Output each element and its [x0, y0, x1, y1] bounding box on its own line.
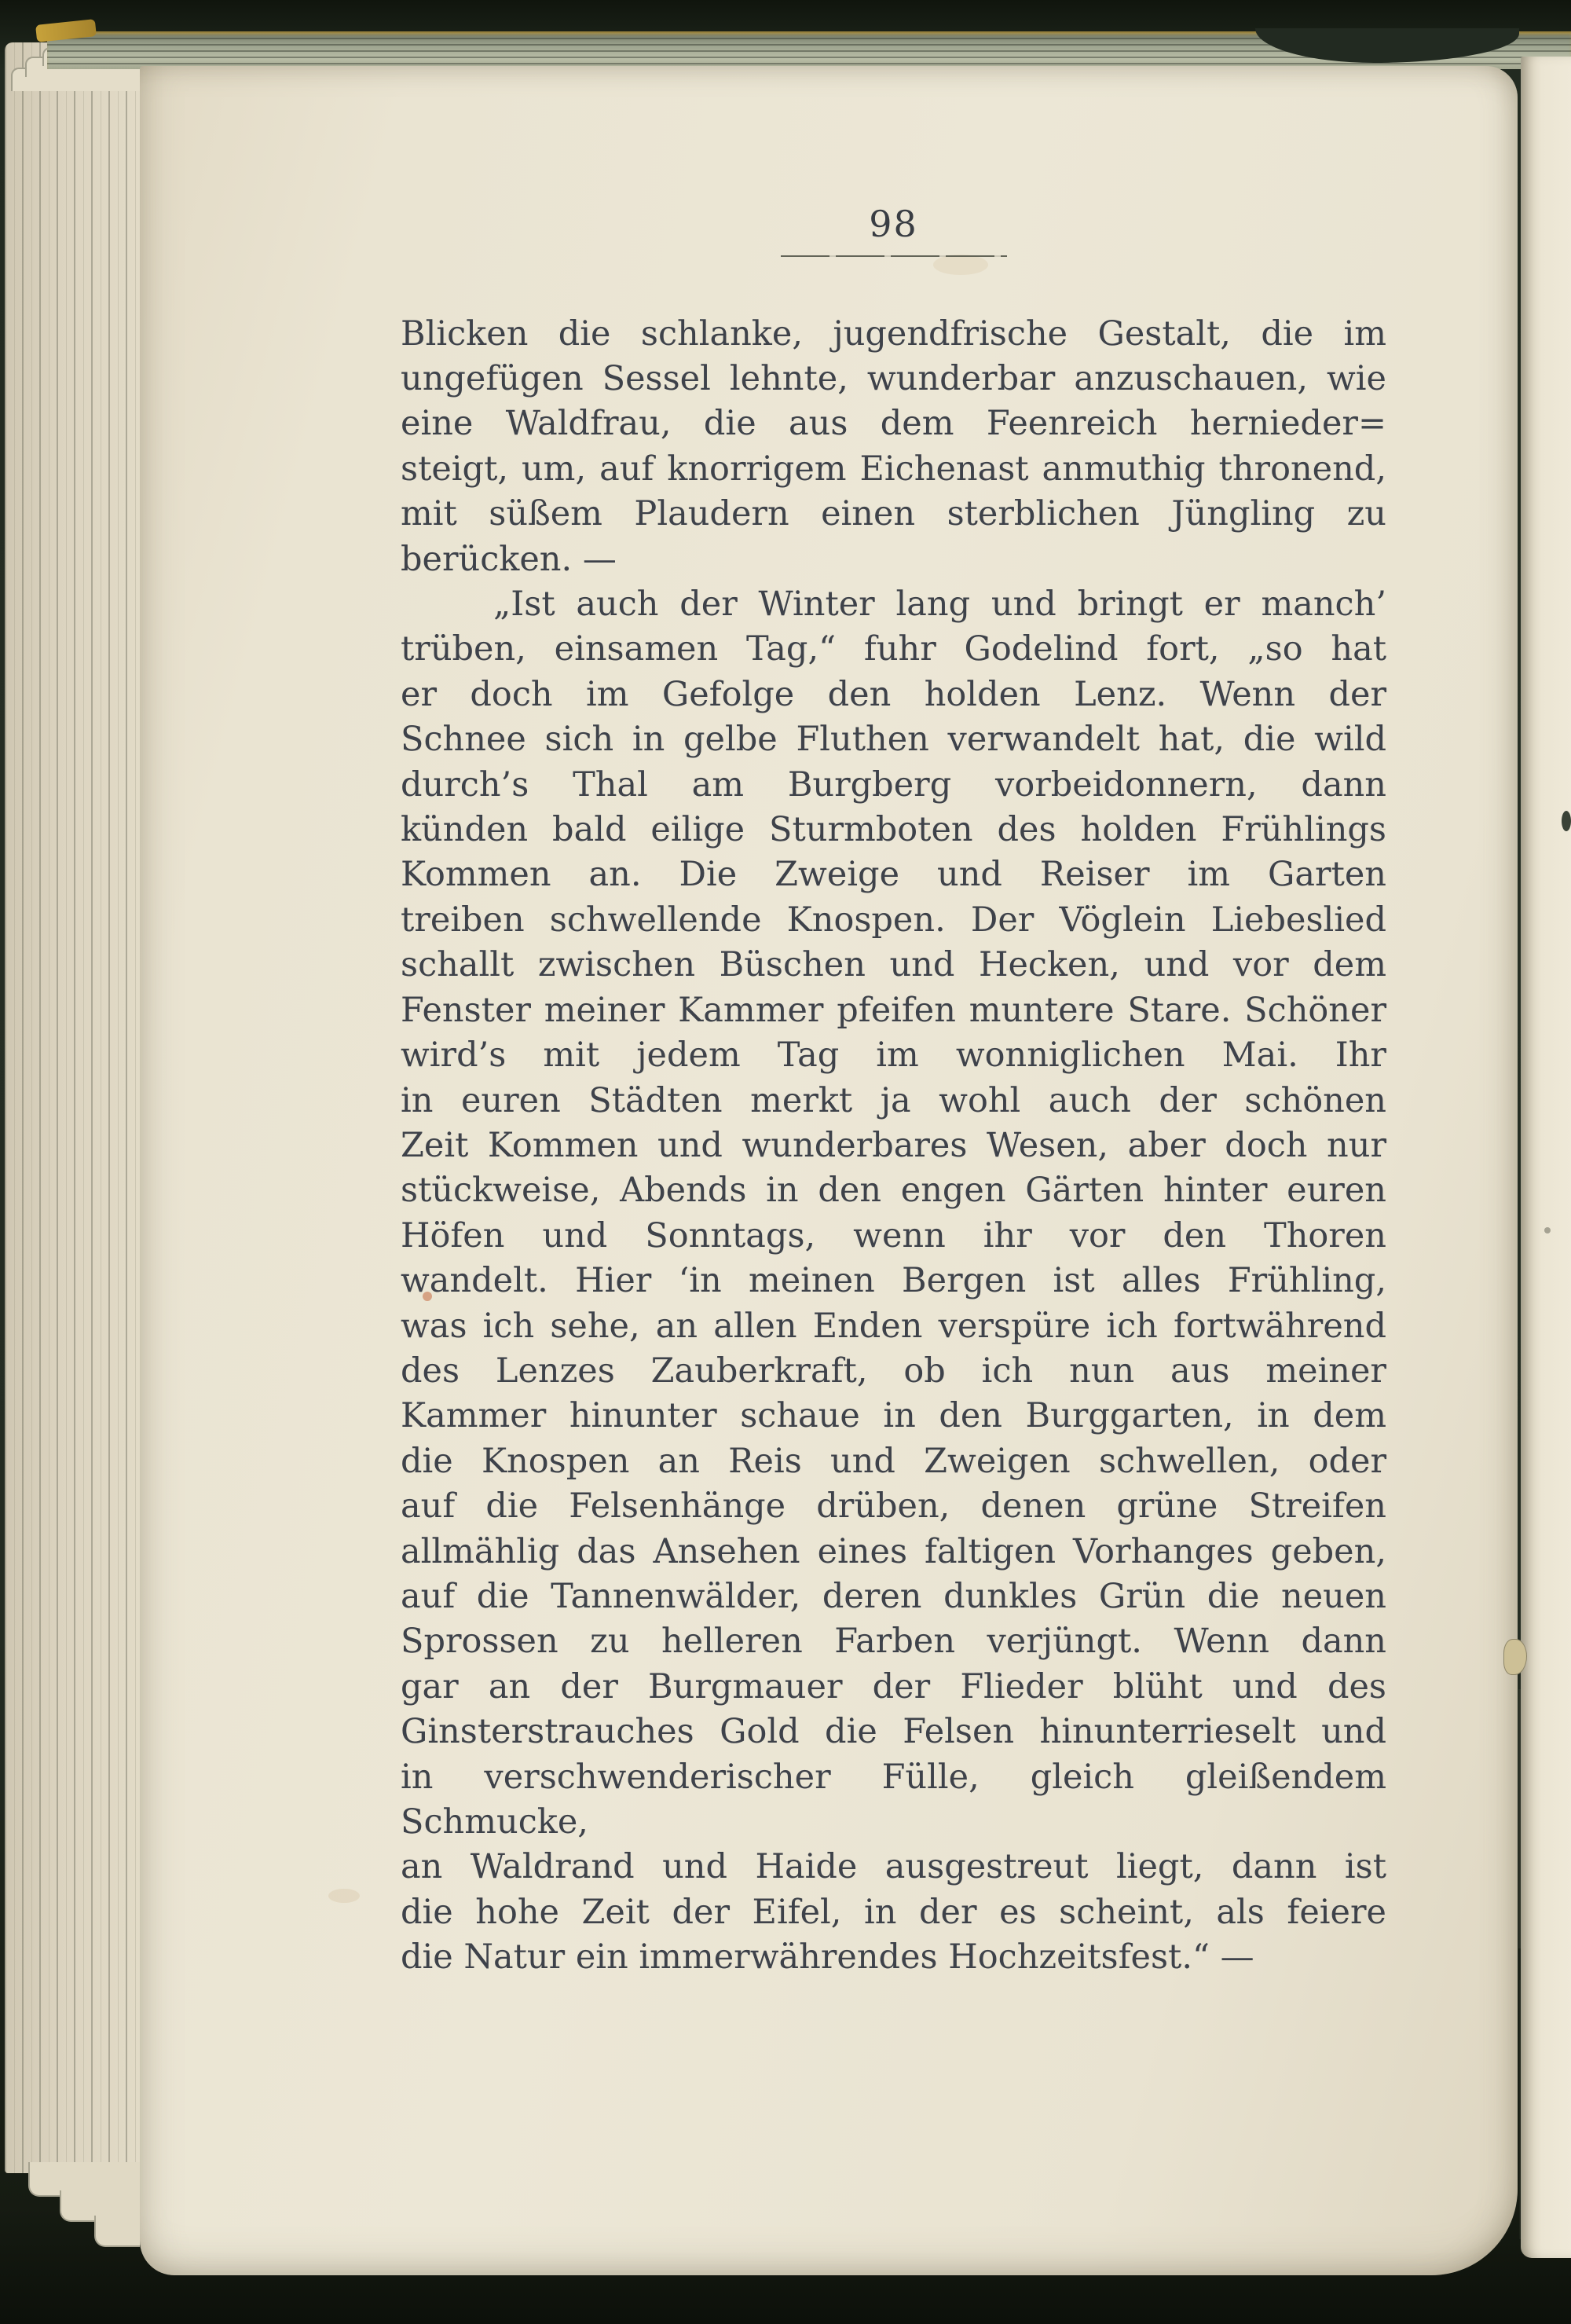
text-line: Ginsterstrauches Gold die Felsen hinunte… — [401, 1710, 1386, 1754]
text-line: ungefügen Sessel lehnte, wunderbar anzus… — [401, 357, 1386, 401]
text-line: an Waldrand und Haide ausgestreut liegt,… — [401, 1845, 1386, 1890]
page-stack-left — [5, 42, 140, 2173]
text-line: was ich sehe, an allen Enden verspüre ic… — [401, 1304, 1386, 1349]
paragraph: Blicken die schlanke, jugendfrische Gest… — [401, 312, 1386, 582]
text-line: gar an der Burgmauer der Flieder blüht u… — [401, 1665, 1386, 1710]
book-scan: { "document": { "page_number": "98", "la… — [0, 0, 1571, 2324]
text-line: steigt, um, auf knorrigem Eichenast anmu… — [401, 447, 1386, 492]
text-line: die Knospen an Reis und Zweigen schwelle… — [401, 1439, 1386, 1484]
text-line: des Lenzes Zauberkraft, ob ich nun aus m… — [401, 1349, 1386, 1394]
text-line: auf die Tannenwälder, deren dunkles Grün… — [401, 1574, 1386, 1619]
next-page-edge — [1521, 57, 1571, 2258]
page-number: 98 — [401, 204, 1386, 244]
text-line: Kammer hinunter schaue in den Burggarten… — [401, 1394, 1386, 1439]
text-line: trüben, einsamen Tag,“ fuhr Godelind for… — [401, 627, 1386, 672]
text-line: wandelt. Hier ‘in meinen Bergen ist alle… — [401, 1259, 1386, 1303]
paragraph: „Ist auch der Winter lang und bringt er … — [401, 582, 1386, 1981]
text-line: durch’s Thal am Burgberg vorbeidonnern, … — [401, 763, 1386, 808]
page-text: Blicken die schlanke, jugendfrische Gest… — [401, 312, 1386, 1981]
text-line: Sprossen zu helleren Farben verjüngt. We… — [401, 1619, 1386, 1664]
paper-stain — [328, 1889, 360, 1903]
edge-speck — [1544, 1227, 1551, 1233]
text-line: mit süßem Plaudern einen sterblichen Jün… — [401, 492, 1386, 537]
text-line: die Natur ein immerwährendes Hochzeitsfe… — [401, 1935, 1386, 1980]
text-line: auf die Felsenhänge drüben, denen grüne … — [401, 1484, 1386, 1529]
text-line: stückweise, Abends in den engen Gärten h… — [401, 1168, 1386, 1213]
text-line: Kommen an. Die Zweige und Reiser im Gart… — [401, 852, 1386, 897]
text-line: künden bald eilige Sturmboten des holden… — [401, 808, 1386, 852]
text-line: eine Waldfrau, die aus dem Feenreich her… — [401, 401, 1386, 446]
text-line: die hohe Zeit der Eifel, in der es schei… — [401, 1890, 1386, 1935]
header-rule — [781, 255, 1007, 257]
text-line: treiben schwellende Knospen. Der Vöglein… — [401, 898, 1386, 943]
text-line: wird’s mit jedem Tag im wonniglichen Mai… — [401, 1033, 1386, 1078]
book-page: 98 Blicken die schlanke, jugendfrische G… — [140, 66, 1518, 2275]
page-content: 98 Blicken die schlanke, jugendfrische G… — [401, 204, 1386, 1981]
text-line: Schnee sich in gelbe Fluthen verwandelt … — [401, 717, 1386, 762]
text-line: in euren Städten merkt ja wohl auch der … — [401, 1079, 1386, 1124]
text-line: Blicken die schlanke, jugendfrische Gest… — [401, 312, 1386, 357]
text-line: „Ist auch der Winter lang und bringt er … — [401, 582, 1386, 627]
text-line: Fenster meiner Kammer pfeifen muntere St… — [401, 988, 1386, 1033]
text-line: schallt zwischen Büschen und Hecken, und… — [401, 943, 1386, 988]
text-line: Zeit Kommen und wunderbares Wesen, aber … — [401, 1124, 1386, 1168]
text-line: Höfen und Sonntags, wenn ihr vor den Tho… — [401, 1214, 1386, 1259]
page-seam — [1519, 1980, 1521, 2239]
edge-speck — [1562, 811, 1571, 831]
text-line: berücken. — — [401, 537, 1386, 582]
text-line: in verschwenderischer Fülle, gleich glei… — [401, 1755, 1386, 1846]
text-line: allmählig das Ansehen eines faltigen Vor… — [401, 1530, 1386, 1574]
text-line: er doch im Gefolge den holden Lenz. Wenn… — [401, 673, 1386, 717]
page-seam — [1518, 1689, 1521, 1948]
page-edge — [94, 2216, 140, 2247]
